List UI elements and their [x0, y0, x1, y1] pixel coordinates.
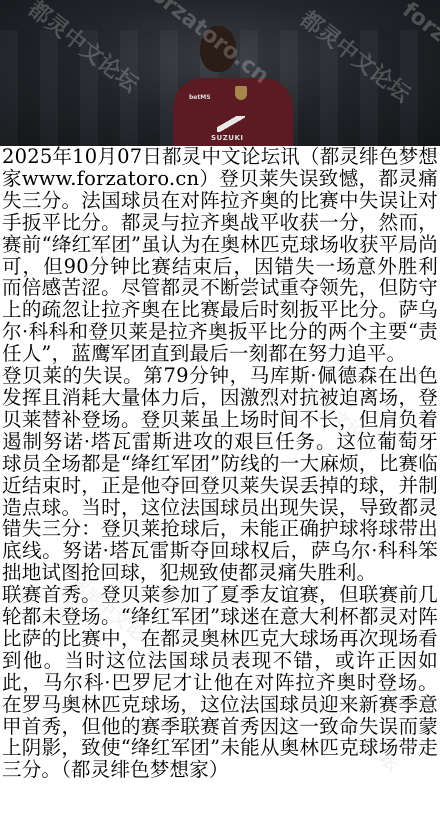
sponsor-logo-icon — [217, 116, 245, 132]
sponsor-text: SUZUKI — [211, 134, 244, 142]
article-photo: betMS SUZUKI 都灵中文论坛 forzatoro.cn 都灵中文论坛 … — [0, 0, 440, 146]
article-body: 2025年10月07日都灵中文论坛讯（都灵绯色梦想家www.forzatoro.… — [0, 146, 440, 781]
club-crest-icon — [235, 86, 247, 100]
article-paragraph: 2025年10月07日都灵中文论坛讯（都灵绯色梦想家www.forzatoro.… — [2, 146, 438, 365]
article-paragraph: 联赛首秀。登贝莱参加了夏季友谊赛，但联赛前几轮都未登场。“绛红军团”球迷在意大利… — [2, 584, 438, 781]
sleeve-sponsor: betMS — [189, 94, 211, 101]
article-paragraph: 登贝莱的失误。第79分钟，马库斯·佩德森在出色发挥且消耗大量体力后，因激烈对抗被… — [2, 365, 438, 584]
player-figure: betMS SUZUKI — [165, 20, 305, 146]
player-head — [200, 26, 236, 72]
